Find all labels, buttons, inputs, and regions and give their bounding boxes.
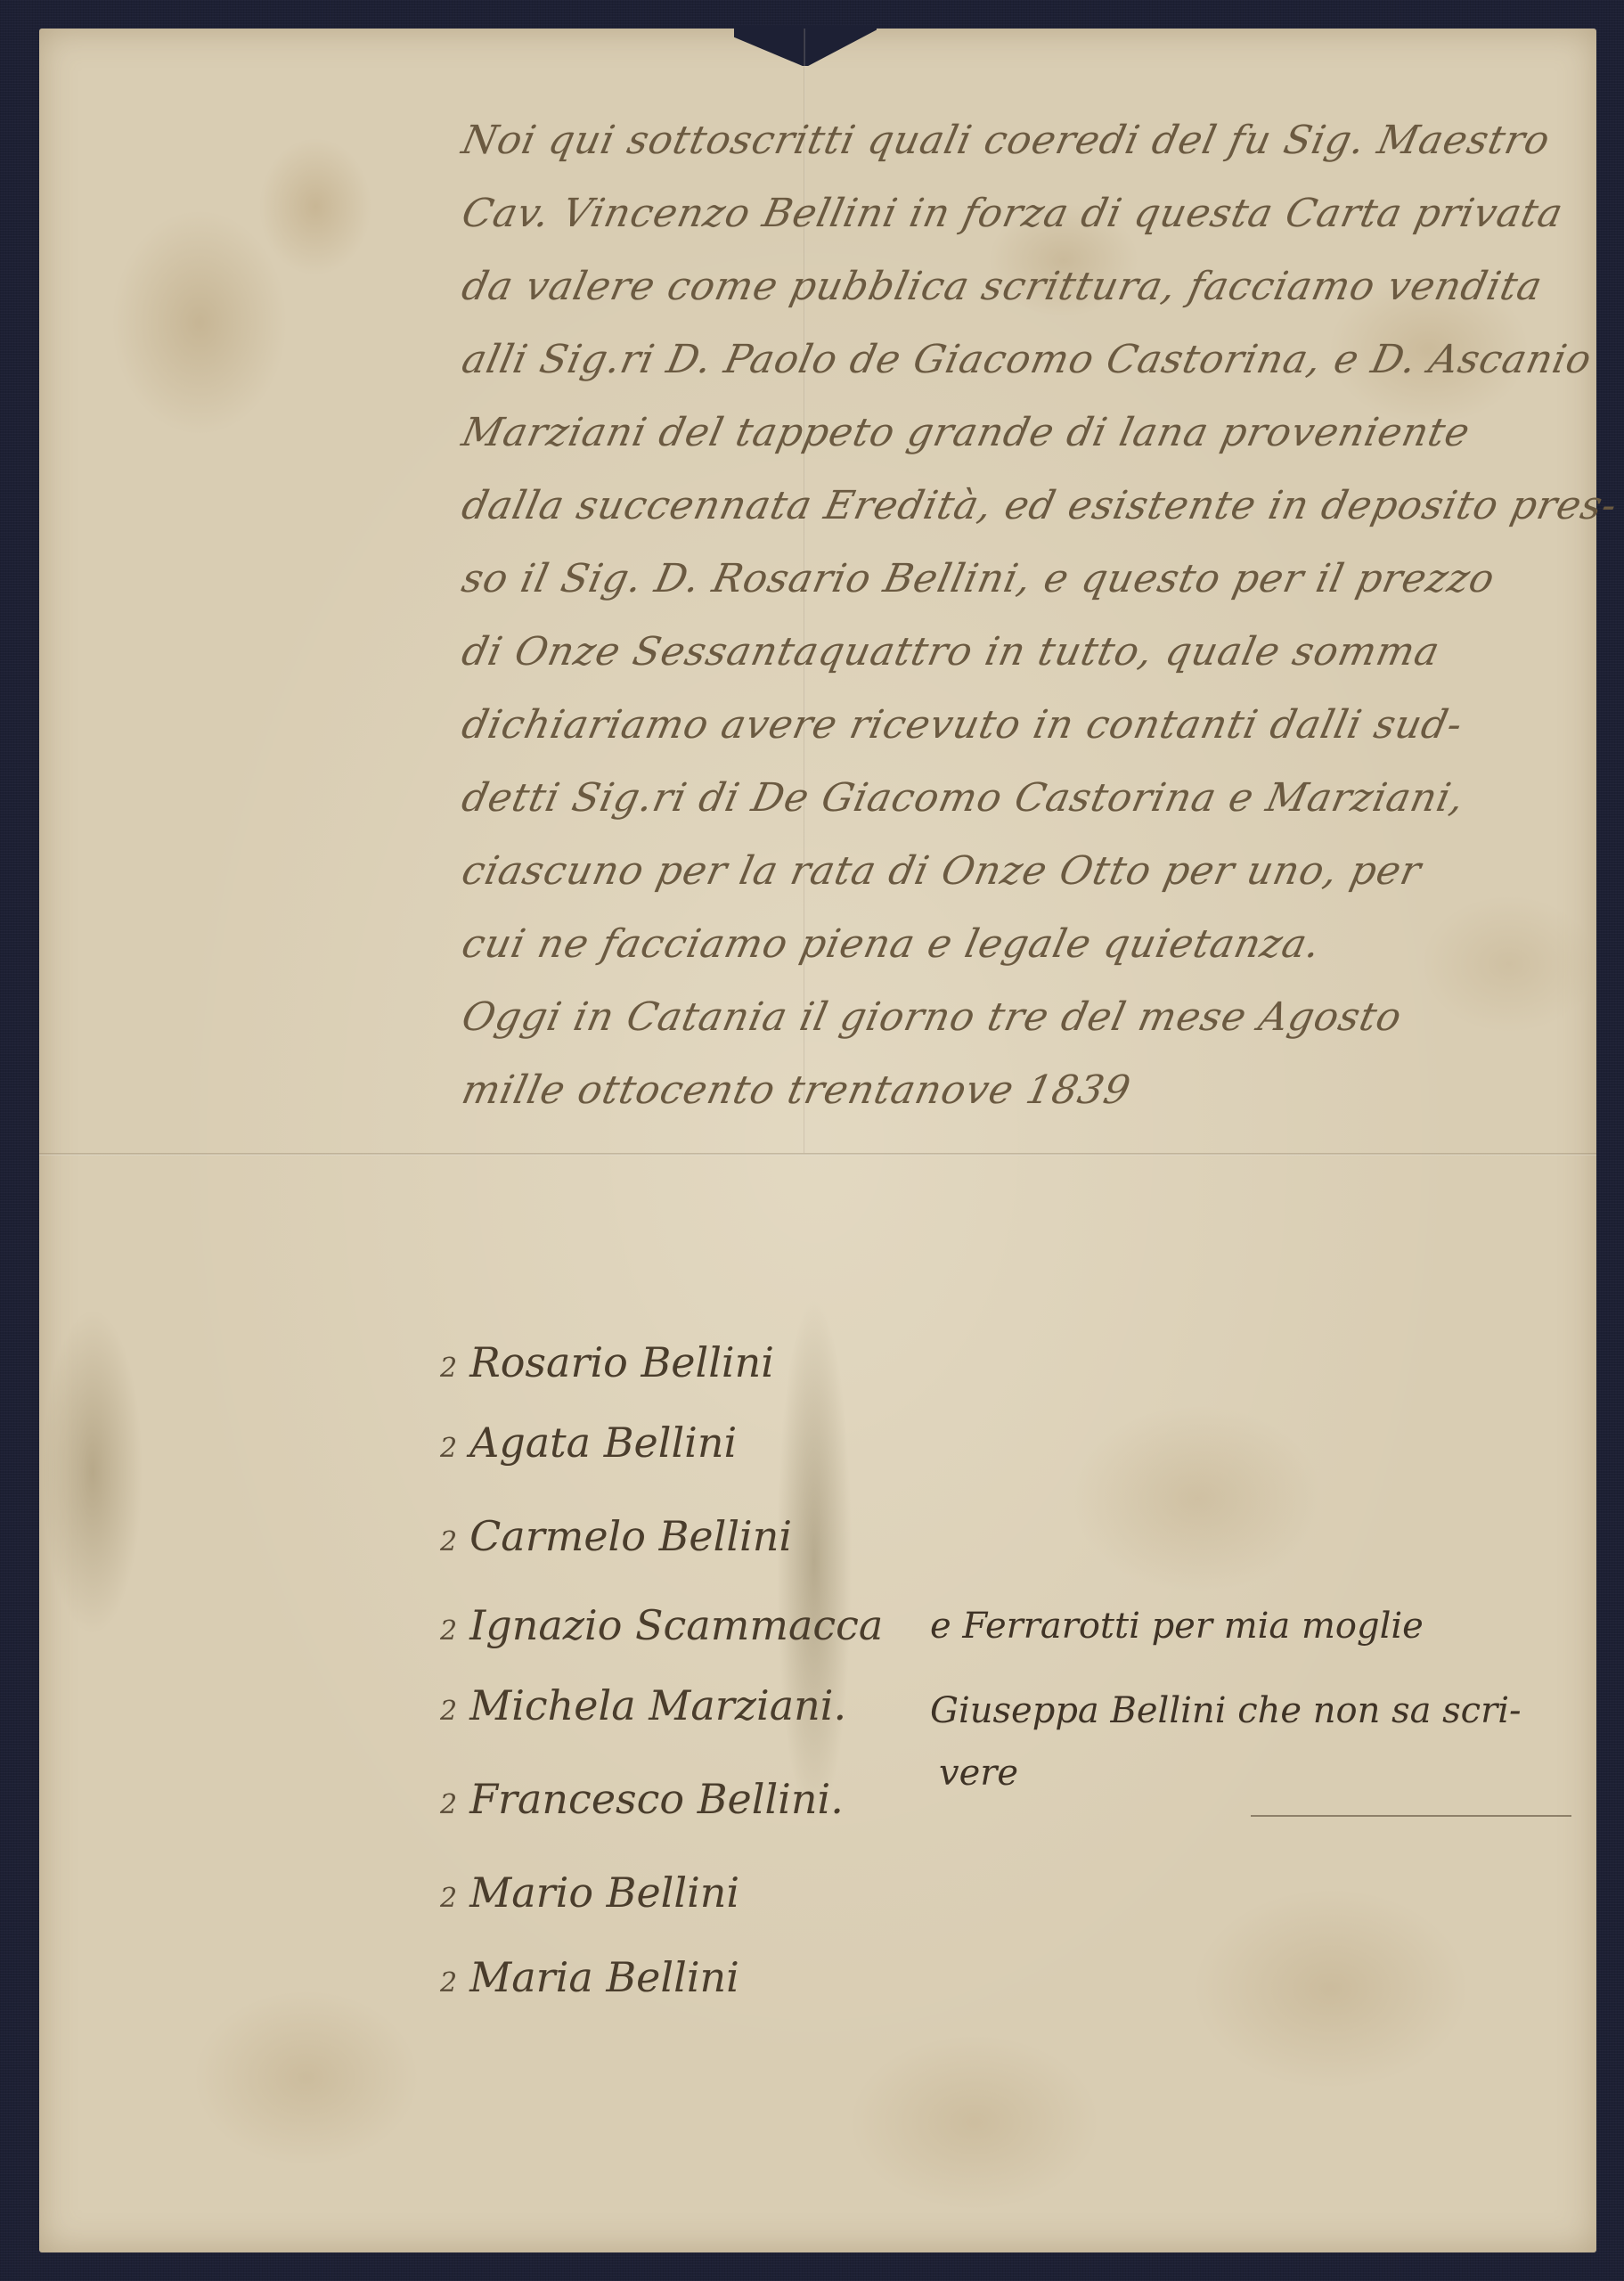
signature-mark: 2 — [440, 1353, 457, 1384]
body-line: detti Sig.ri di De Giacomo Castorina e M… — [458, 775, 1469, 821]
signature: 2Ignazio Scammacca — [440, 1601, 883, 1649]
signature-mark: 2 — [440, 1433, 457, 1464]
side-note-line: vere — [939, 1753, 1018, 1794]
signature-name: Rosario Bellini — [469, 1338, 774, 1386]
signature-name: Michela Marziani. — [469, 1681, 846, 1729]
signature-name: Francesco Bellini. — [469, 1775, 844, 1823]
signature-name: Maria Bellini — [469, 1953, 739, 2001]
signature: 2Mario Bellini — [440, 1868, 739, 1917]
body-line: dalla succennata Eredità, ed esistente i… — [458, 483, 1621, 528]
signature-name: Mario Bellini — [469, 1868, 739, 1917]
signature-name: Carmelo Bellini — [469, 1512, 792, 1560]
body-line: ciascuno per la rata di Onze Otto per un… — [458, 848, 1425, 894]
signature: 2Francesco Bellini. — [440, 1775, 844, 1823]
body-line: di Onze Sessantaquattro in tutto, quale … — [458, 629, 1444, 674]
body-line: da valere come pubblica scrittura, facci… — [458, 264, 1546, 309]
signature-mark: 2 — [440, 1615, 457, 1647]
signature: 2Agata Bellini — [440, 1418, 737, 1467]
signature: 2Rosario Bellini — [440, 1338, 774, 1386]
signature-mark: 2 — [440, 1789, 457, 1820]
year-line: mille ottocento trentanove 1839 — [458, 1067, 1135, 1113]
horizontal-fold-line — [39, 1153, 1596, 1156]
body-line: dichiariamo avere ricevuto in contanti d… — [458, 702, 1467, 748]
signature: 2Carmelo Bellini — [440, 1512, 792, 1560]
signature: 2Maria Bellini — [440, 1953, 739, 2001]
body-line: cui ne facciamo piena e legale quietanza… — [458, 921, 1325, 967]
paper-tear — [734, 25, 877, 66]
body-line: Cav. Vincenzo Bellini in forza di questa… — [458, 191, 1567, 236]
side-note-line: Giuseppa Bellini che non sa scri- — [930, 1690, 1522, 1731]
signature-name: Agata Bellini — [469, 1418, 737, 1467]
body-line: alli Sig.ri D. Paolo de Giacomo Castorin… — [458, 337, 1595, 382]
signature-mark: 2 — [440, 1967, 457, 1999]
signature-mark: 2 — [440, 1696, 457, 1727]
body-line: Noi qui sottoscritti quali coeredi del f… — [458, 118, 1555, 163]
side-note-line: e Ferrarotti per mia moglie — [930, 1606, 1424, 1647]
body-line: Marziani del tappeto grande di lana prov… — [458, 410, 1474, 455]
signature-name: Ignazio Scammacca — [469, 1601, 883, 1649]
signature-rule — [1251, 1815, 1571, 1817]
manuscript-page: Noi qui sottoscritti quali coeredi del f… — [39, 29, 1596, 2252]
signature: 2Michela Marziani. — [440, 1681, 846, 1729]
signature-mark: 2 — [440, 1526, 457, 1557]
body-line: so il Sig. D. Rosario Bellini, e questo … — [458, 556, 1499, 601]
signature-mark: 2 — [440, 1883, 457, 1914]
date-line: Oggi in Catania il giorno tre del mese A… — [458, 994, 1406, 1040]
